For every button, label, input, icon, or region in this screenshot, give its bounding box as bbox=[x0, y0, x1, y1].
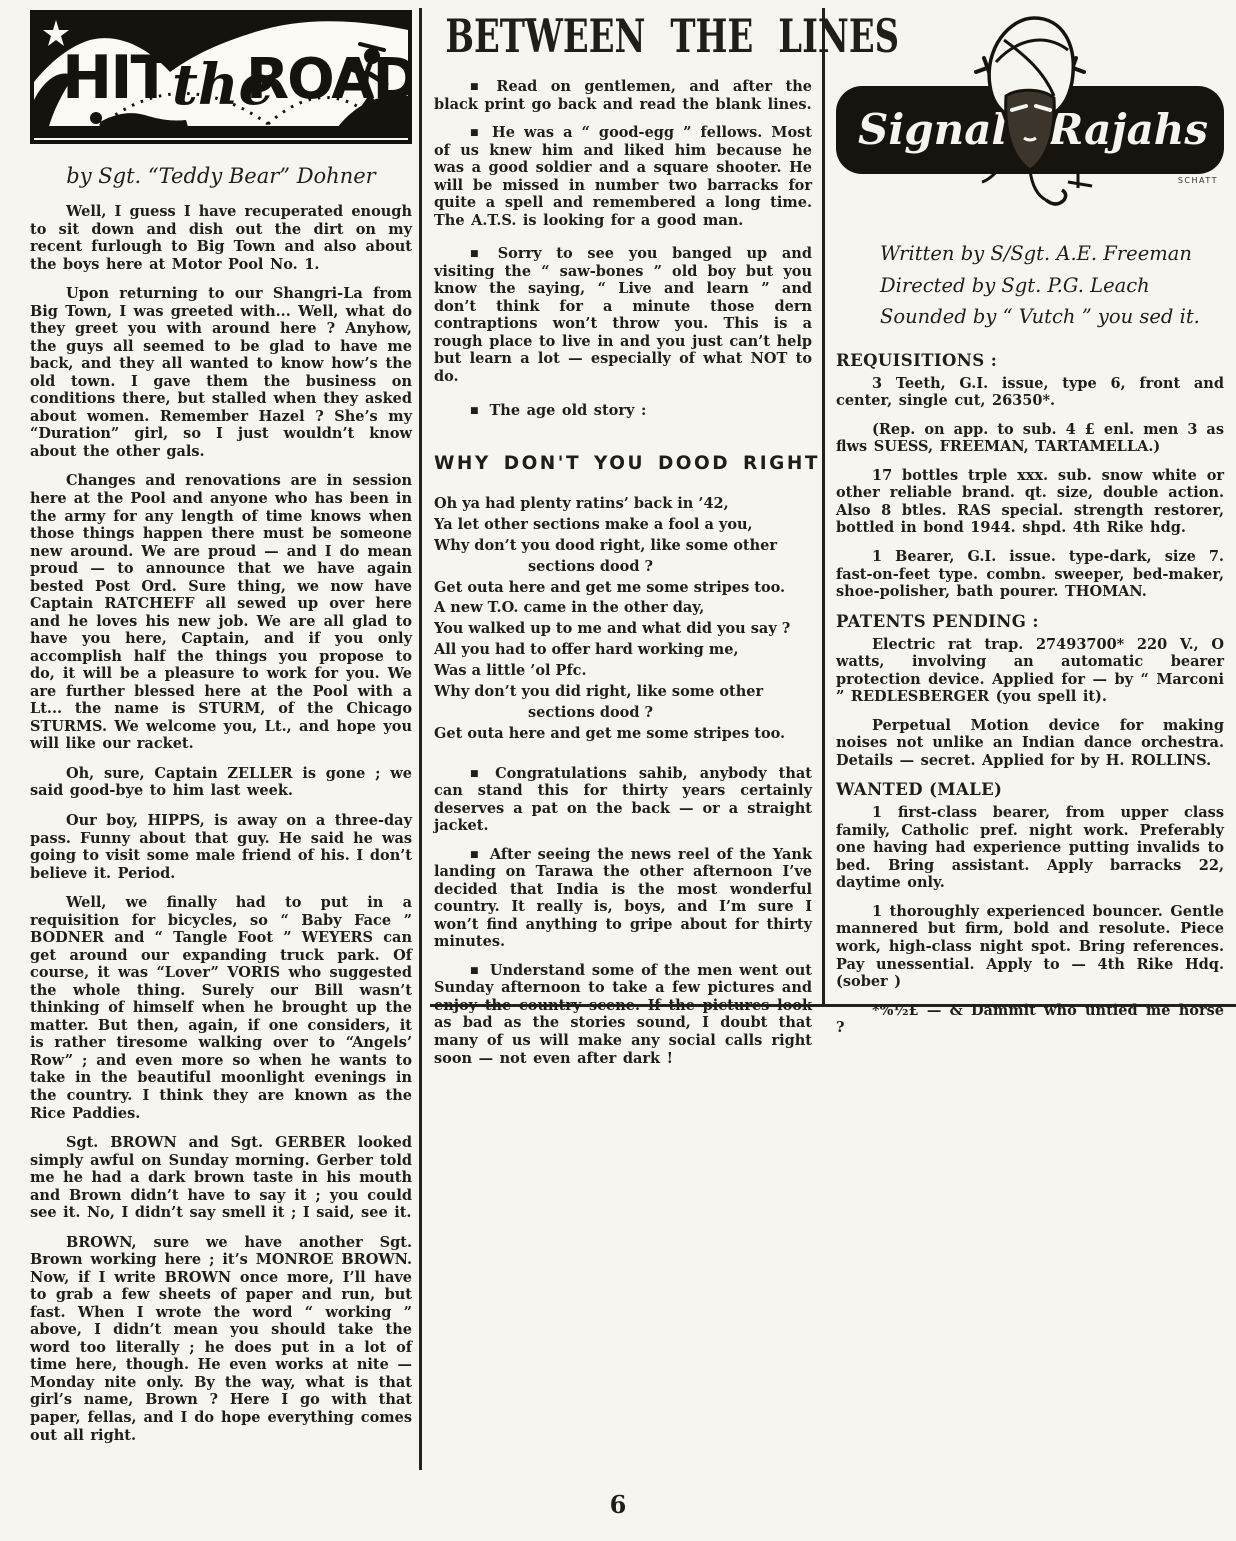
square-bullet-icon: ■ bbox=[470, 966, 479, 976]
square-bullet-icon: ■ bbox=[470, 82, 485, 92]
column-divider-right bbox=[822, 8, 825, 1004]
credit-line: Directed by Sgt. P.G. Leach bbox=[880, 270, 1224, 302]
article-paragraph: Our boy, HIPPS, is away on a three-day p… bbox=[30, 812, 412, 882]
between-the-lines-masthead: BETWEEN THE LINES bbox=[445, 10, 800, 64]
article-paragraph: Well, we finally had to put in a requisi… bbox=[30, 894, 412, 1122]
bullet-paragraph: ■He was a “ good-egg ” fellows. Most of … bbox=[434, 124, 812, 229]
article-paragraph: Upon returning to our Shangri-La from Bi… bbox=[30, 285, 412, 460]
poem-title: WHY DON'T YOU DOOD RIGHT bbox=[434, 453, 812, 474]
square-bullet-icon: ■ bbox=[470, 850, 479, 860]
section-paragraph: 1 Bearer, G.I. issue. type-dark, size 7.… bbox=[836, 548, 1224, 601]
bullet-paragraph: ■After seeing the news reel of the Yank … bbox=[434, 846, 812, 951]
section-heading-requisitions: REQUISITIONS : bbox=[836, 351, 1224, 370]
section-paragraph: 17 bottles trple xxx. sub. snow white or… bbox=[836, 467, 1224, 537]
bullet-paragraph: ■Congratulations sahib, anybody that can… bbox=[434, 765, 812, 835]
poem-line: Get outa here and get me some stripes to… bbox=[434, 578, 812, 599]
masthead-word-hit: HIT bbox=[62, 43, 172, 113]
poem-line: A new T.O. came in the other day, bbox=[434, 598, 812, 619]
bullet-text: Read on gentlemen, and after the black p… bbox=[434, 78, 812, 113]
poem: Oh ya had plenty ratins’ back in ’42, Ya… bbox=[434, 494, 812, 745]
bullet-text: The age old story : bbox=[490, 402, 647, 419]
poem-line: All you had to offer hard working me, bbox=[434, 640, 812, 661]
signal-rajahs-masthead: Signal Rajahs bbox=[836, 8, 1224, 222]
newsletter-page: HIT the ROAD by Sgt. “Teddy Bear” Dohner… bbox=[0, 0, 1236, 1541]
bullet-paragraph: ■Understand some of the men went out Sun… bbox=[434, 962, 812, 1067]
credit-line: Written by S/Sgt. A.E. Freeman bbox=[880, 238, 1224, 270]
bullet-text: After seeing the news reel of the Yank l… bbox=[434, 846, 812, 951]
poem-line: Get outa here and get me some stripes to… bbox=[434, 724, 812, 745]
middle-column: BETWEEN THE LINES ■Read on gentlemen, an… bbox=[434, 8, 812, 1078]
section-paragraph: Electric rat trap. 27493700* 220 V., O w… bbox=[836, 636, 1224, 706]
credits-block: Written by S/Sgt. A.E. Freeman Directed … bbox=[880, 238, 1224, 333]
page-number: 6 bbox=[0, 1490, 1236, 1519]
right-column: Signal Rajahs bbox=[836, 8, 1224, 1048]
poem-line: Why don’t you did right, like some other… bbox=[434, 682, 812, 724]
bullet-text: Congratulations sahib, anybody that can … bbox=[434, 765, 812, 835]
poem-line: Why don’t you dood right, like some othe… bbox=[434, 536, 812, 578]
article-paragraph: Oh, sure, Captain ZELLER is gone ; we sa… bbox=[30, 765, 412, 800]
section-paragraph: 1 thoroughly experienced bouncer. Gentle… bbox=[836, 903, 1224, 991]
article-paragraph: Well, I guess I have recuperated enough … bbox=[30, 203, 412, 273]
column-divider-left bbox=[419, 8, 422, 1470]
article-paragraph: BROWN, sure we have another Sgt. Brown w… bbox=[30, 1234, 412, 1444]
square-bullet-icon: ■ bbox=[470, 249, 487, 259]
credit-line: Sounded by “ Vutch ” you sed it. bbox=[880, 301, 1224, 333]
poem-line: Oh ya had plenty ratins’ back in ’42, bbox=[434, 494, 812, 515]
artist-signature: SCHATT bbox=[1178, 176, 1218, 185]
bullet-paragraph: ■The age old story : bbox=[434, 402, 812, 420]
article-paragraph: Changes and renovations are in session h… bbox=[30, 472, 412, 753]
hit-the-road-illustration: HIT the ROAD bbox=[30, 10, 412, 144]
section-paragraph: Perpetual Motion device for making noise… bbox=[836, 717, 1224, 770]
square-bullet-icon: ■ bbox=[470, 406, 479, 416]
poem-line: Ya let other sections make a fool a you, bbox=[434, 515, 812, 536]
section-heading-wanted: WANTED (MALE) bbox=[836, 780, 1224, 799]
turban-man-illustration bbox=[946, 10, 1114, 220]
section-paragraph: (Rep. on app. to sub. 4 £ enl. men 3 as … bbox=[836, 421, 1224, 456]
poem-line: You walked up to me and what did you say… bbox=[434, 619, 812, 640]
bullet-paragraph: ■Read on gentlemen, and after the black … bbox=[434, 78, 812, 113]
article-paragraph: Sgt. BROWN and Sgt. GERBER looked simply… bbox=[30, 1134, 412, 1222]
square-bullet-icon: ■ bbox=[470, 128, 481, 138]
bullet-text: Understand some of the men went out Sund… bbox=[434, 962, 812, 1067]
poem-line: Was a little ’ol Pfc. bbox=[434, 661, 812, 682]
insignia-icon bbox=[1066, 162, 1092, 188]
section-paragraph: 1 first-class bearer, from upper class f… bbox=[836, 804, 1224, 892]
section-heading-patents: PATENTS PENDING : bbox=[836, 612, 1224, 631]
bullet-text: Sorry to see you banged up and visiting … bbox=[434, 245, 812, 385]
section-paragraph: 3 Teeth, G.I. issue, type 6, front and c… bbox=[836, 375, 1224, 410]
bullet-text: He was a “ good-egg ” fellows. Most of u… bbox=[434, 124, 812, 229]
masthead-word-road: ROAD bbox=[246, 47, 412, 112]
bullet-paragraph: ■Sorry to see you banged up and visiting… bbox=[434, 245, 812, 385]
hit-the-road-masthead: HIT the ROAD bbox=[30, 10, 412, 148]
byline: by Sgt. “Teddy Bear” Dohner bbox=[30, 164, 412, 188]
section-paragraph: *%½£ — & Dammit who untied me horse ? bbox=[836, 1002, 1224, 1037]
square-bullet-icon: ■ bbox=[470, 769, 484, 779]
left-column: HIT the ROAD by Sgt. “Teddy Bear” Dohner… bbox=[30, 8, 412, 1456]
